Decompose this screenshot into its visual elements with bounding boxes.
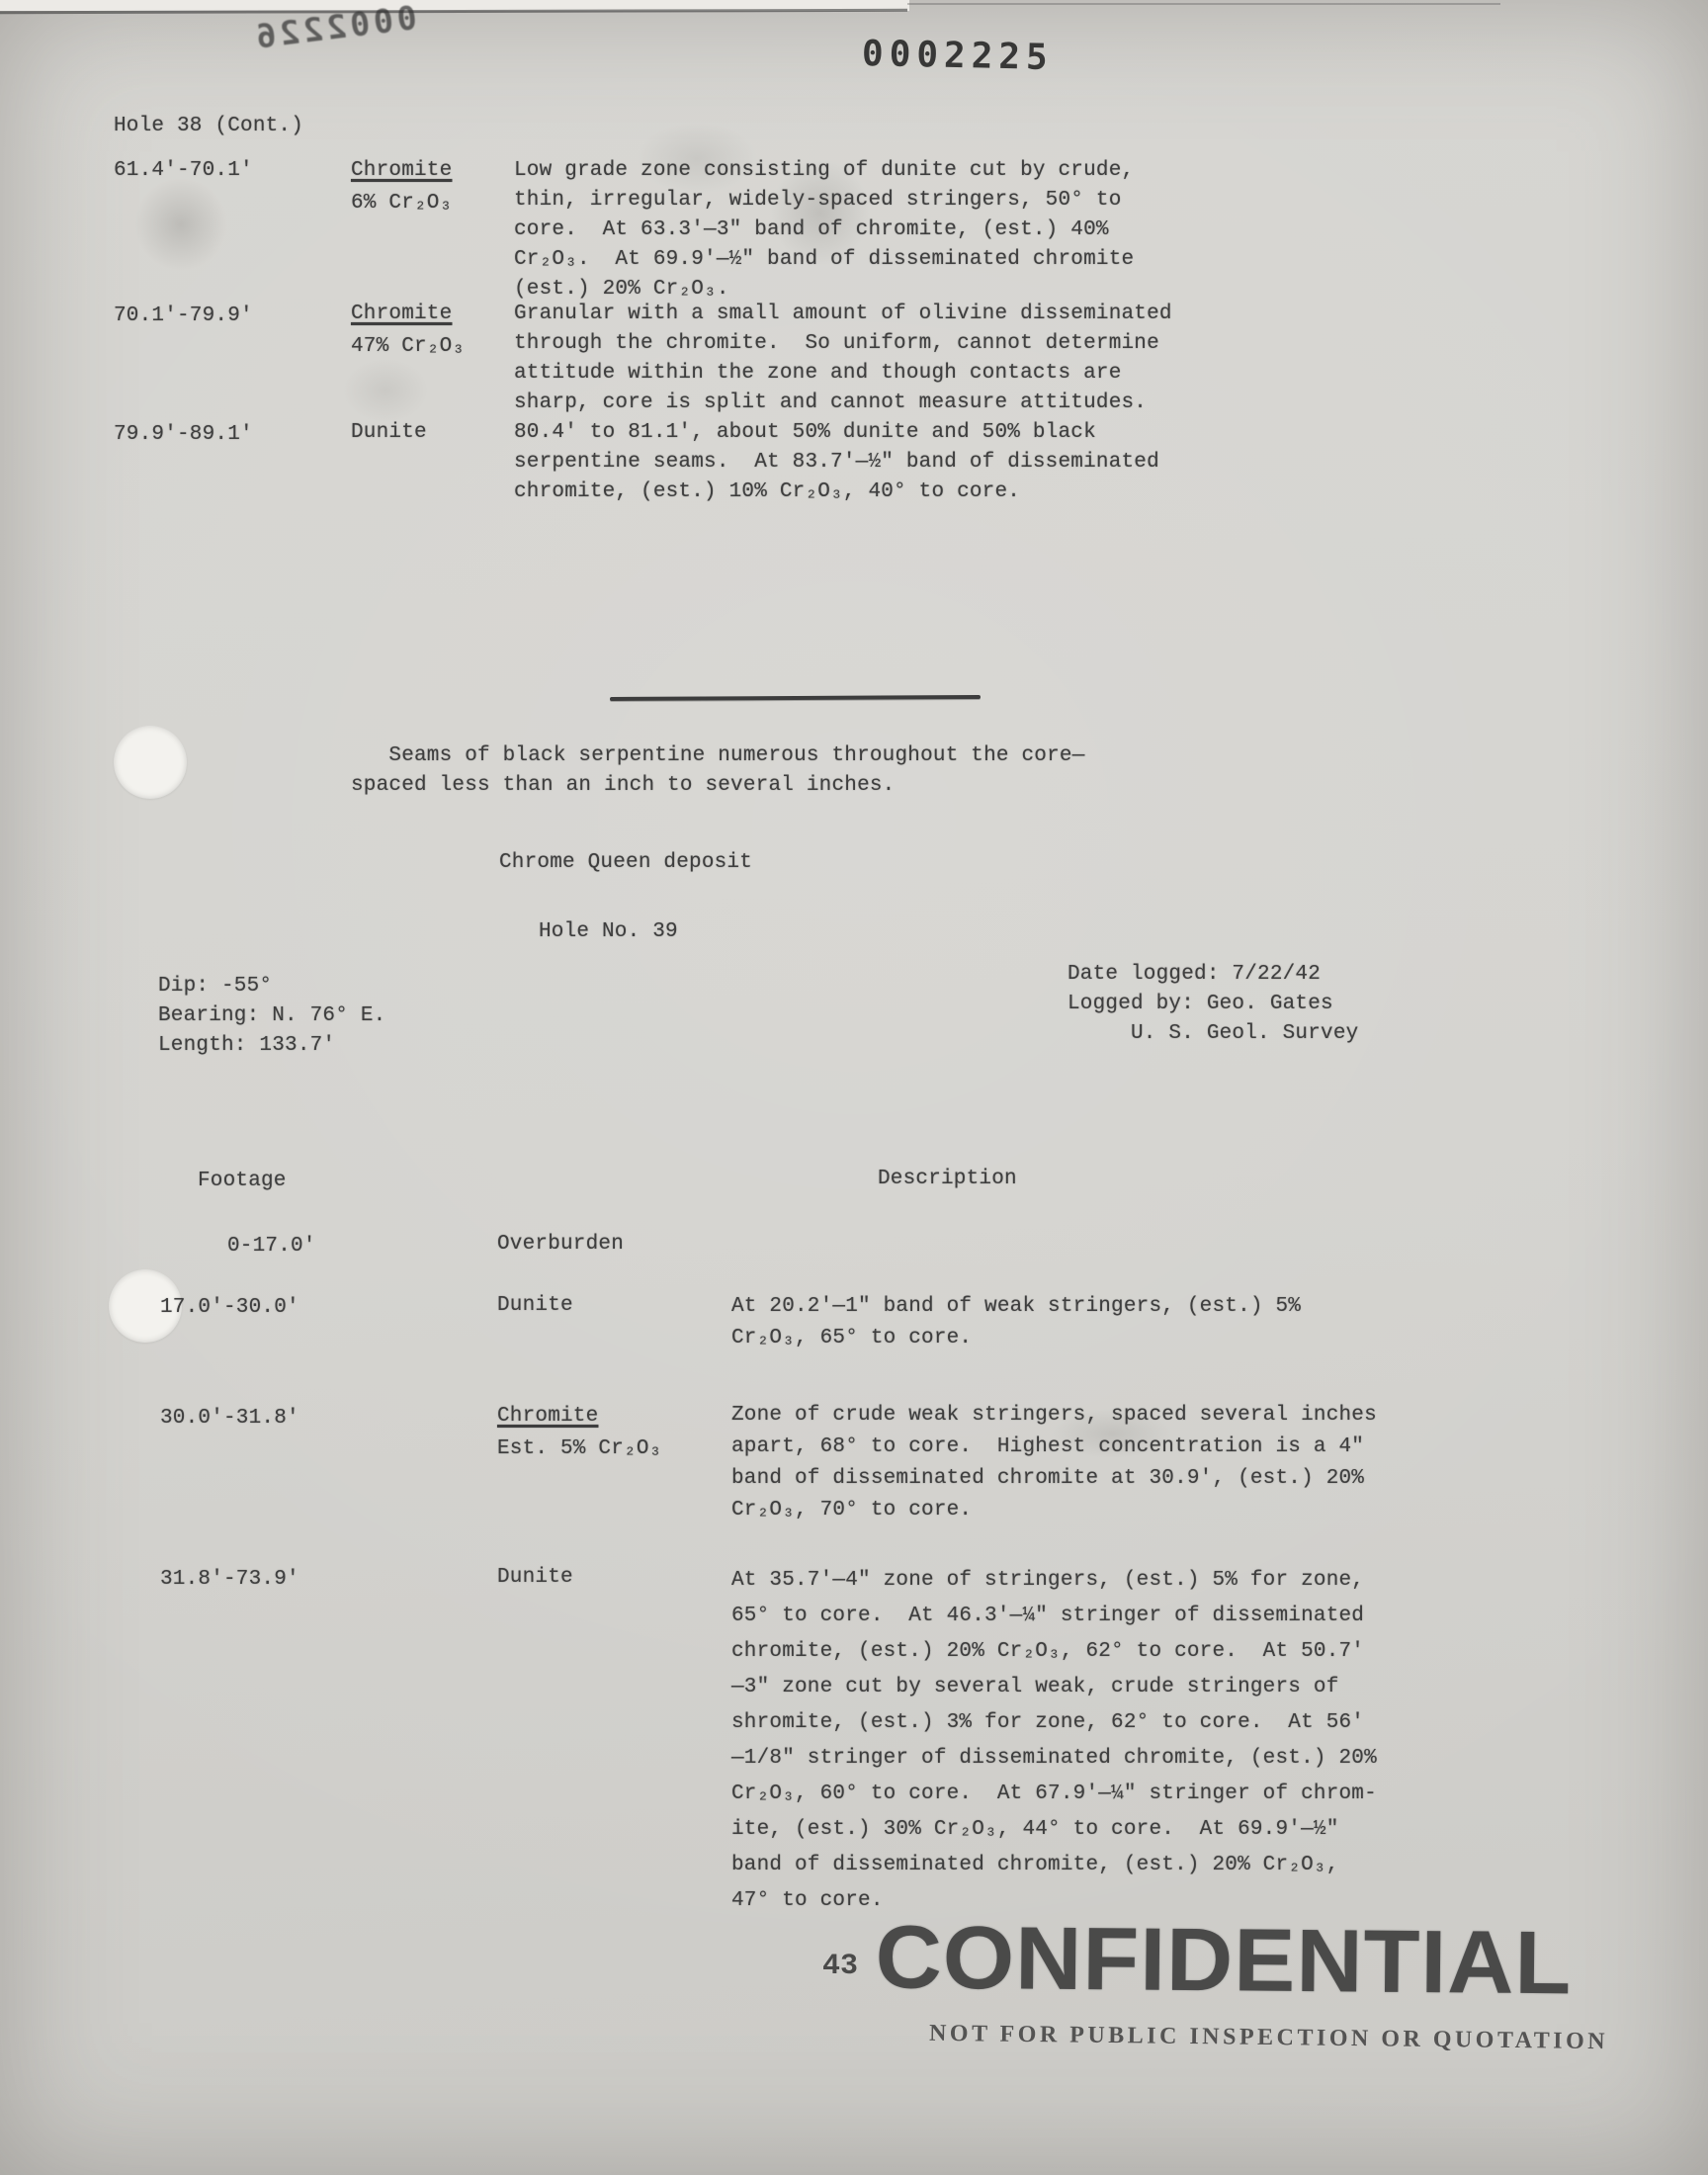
- footage-range: 61.4'-70.1': [114, 156, 253, 186]
- rock-type-label: Dunite: [497, 1291, 573, 1321]
- serial-number-stamp: 0002225: [862, 34, 1055, 78]
- rock-type-label: Dunite: [497, 1563, 573, 1593]
- footage-range: 17.0'-30.0': [160, 1293, 299, 1323]
- interval-description: Zone of crude weak stringers, spaced sev…: [731, 1400, 1377, 1526]
- rock-type-label: Overburden: [497, 1230, 624, 1260]
- rock-type-label: Dunite: [351, 418, 427, 448]
- confidential-stamp: CONFIDENTIAL: [875, 1912, 1572, 2007]
- footage-range: 0-17.0': [227, 1232, 316, 1261]
- footage-range: 70.1'-79.9': [114, 302, 253, 331]
- rock-grade-label: 47% Cr₂O₃: [351, 332, 465, 362]
- serpentine-note: Seams of black serpentine numerous throu…: [351, 741, 1085, 801]
- interval-description: Granular with a small amount of olivine …: [514, 300, 1172, 418]
- logging-credits: Date logged: 7/22/42 Logged by: Geo. Gat…: [1067, 960, 1358, 1049]
- rock-type-label: Chromite: [351, 300, 452, 329]
- hole-38-heading: Hole 38 (Cont.): [114, 112, 303, 141]
- interval-description: Low grade zone consisting of dunite cut …: [514, 156, 1134, 304]
- footage-range: 79.9'-89.1': [114, 420, 253, 450]
- description-column-header: Description: [878, 1165, 1017, 1194]
- deposit-title: Chrome Queen deposit: [499, 848, 752, 878]
- interval-description: At 20.2'—1" band of weak stringers, (est…: [731, 1291, 1301, 1354]
- section-divider-line: [610, 695, 981, 701]
- rock-type-label: Chromite: [351, 156, 452, 186]
- scanned-drill-log-page: 0002226 0002225 Hole 38 (Cont.) 61.4'-70…: [0, 0, 1708, 2175]
- page-number: 43: [822, 1950, 858, 1983]
- paper-top-edge-line-right: [907, 3, 1500, 5]
- drill-hole-attributes: Dip: -55° Bearing: N. 76° E. Length: 133…: [158, 972, 385, 1061]
- footage-column-header: Footage: [198, 1167, 287, 1196]
- rock-grade-label: Est. 5% Cr₂O₃: [497, 1435, 661, 1464]
- footage-range: 30.0'-31.8': [160, 1404, 299, 1434]
- confidential-stamp-subtext: NOT FOR PUBLIC INSPECTION OR QUOTATION: [929, 2021, 1608, 2055]
- hole-punch-top: [114, 726, 187, 799]
- footage-range: 31.8'-73.9': [160, 1565, 299, 1595]
- rock-type-label: Chromite: [497, 1402, 598, 1432]
- hole-39-heading: Hole No. 39: [539, 917, 678, 947]
- rock-grade-label: 6% Cr₂O₃: [351, 189, 452, 218]
- interval-description: At 35.7'—4" zone of stringers, (est.) 5%…: [731, 1563, 1377, 1919]
- interval-description: 80.4' to 81.1', about 50% dunite and 50%…: [514, 418, 1159, 507]
